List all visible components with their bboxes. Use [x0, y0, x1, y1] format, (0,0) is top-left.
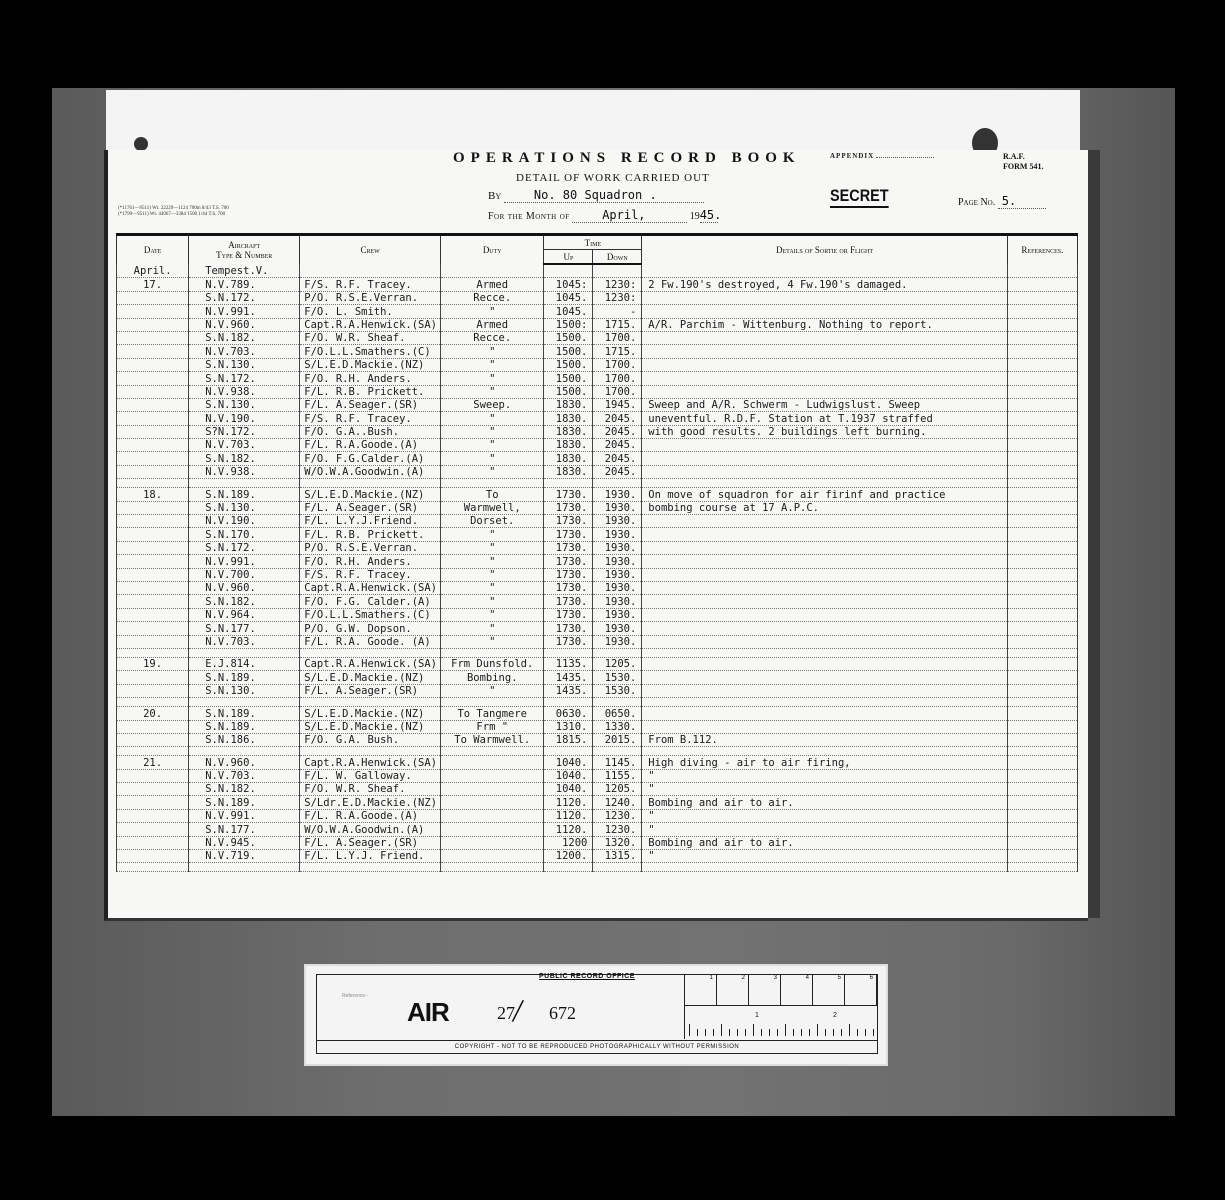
duty-cell: "	[441, 528, 544, 541]
details-cell: uneventful. R.D.F. Station at T.1937 str…	[642, 412, 1007, 425]
crew-cell: S/Ldr.E.D.Mackie.(NZ)	[300, 796, 441, 809]
table-row: S.N.182.F/O. W.R. Sheaf.1040.1205."	[117, 783, 1078, 796]
time-down-cell: 1145.	[593, 756, 642, 769]
spacer-row	[117, 698, 1078, 707]
crew-cell: W/O.W.A.Goodwin.(A)	[300, 823, 441, 836]
duty-cell: Recce.	[441, 291, 544, 304]
time-up-cell: 1200.	[544, 850, 593, 863]
crew-cell: F/O. F.G. Calder.(A)	[300, 595, 441, 608]
time-down-cell: 2045.	[593, 439, 642, 452]
references-cell	[1007, 345, 1077, 358]
references-cell	[1007, 836, 1077, 849]
table-row: S.N.186.F/O. G.A. Bush.To Warmwell.1815.…	[117, 733, 1078, 746]
table-row: N.V.703.F/O.L.L.Smathers.(C)"1500.1715.	[117, 345, 1078, 358]
date-cell	[117, 747, 189, 756]
aircraft-cell: N.V.703.	[189, 345, 300, 358]
details-cell	[642, 372, 1007, 385]
time-up-cell: 1435.	[544, 671, 593, 684]
duty-cell	[441, 747, 544, 756]
table-row: S.N.182.F/O. F.G.Calder.(A)"1830.2045.	[117, 452, 1078, 465]
date-cell	[117, 809, 189, 822]
aircraft-cell: N.V.991.	[189, 305, 300, 318]
aircraft-cell	[189, 648, 300, 657]
time-down-cell: 1700.	[593, 385, 642, 398]
time-down-cell: 1155.	[593, 769, 642, 782]
time-down-cell: 1530.	[593, 684, 642, 697]
table-row: S.N.182.F/O. W.R. Sheaf.Recce.1500.1700.	[117, 331, 1078, 344]
date-cell	[117, 291, 189, 304]
details-cell: "	[642, 823, 1007, 836]
details-cell: bombing course at 17 A.P.C.	[642, 501, 1007, 514]
details-cell: "	[642, 809, 1007, 822]
duty-cell: "	[441, 581, 544, 594]
details-cell	[642, 264, 1007, 278]
time-down-cell: 1700.	[593, 372, 642, 385]
crew-cell	[300, 698, 441, 707]
crew-cell: F/O. R.H. Anders.	[300, 372, 441, 385]
crew-cell: F/O. W.R. Sheaf.	[300, 331, 441, 344]
time-down-cell: 1930.	[593, 555, 642, 568]
date-cell: 20.	[117, 707, 189, 720]
crew-cell: F/L. R.B. Prickett.	[300, 528, 441, 541]
crew-cell: F/L. R.A.Goode.(A)	[300, 809, 441, 822]
time-up-cell	[544, 863, 593, 872]
crew-cell	[300, 747, 441, 756]
references-cell	[1007, 264, 1077, 278]
date-cell	[117, 769, 189, 782]
time-down-cell: 1320.	[593, 836, 642, 849]
reference-label: Reference:-	[342, 993, 368, 999]
references-cell	[1007, 568, 1077, 581]
aircraft-cell: S?N.172.	[189, 425, 300, 438]
references-cell	[1007, 412, 1077, 425]
date-cell	[117, 439, 189, 452]
duty-cell: "	[441, 425, 544, 438]
date-cell	[117, 863, 189, 872]
time-down-cell: 2015.	[593, 733, 642, 746]
aircraft-cell: Tempest.V.	[189, 264, 300, 278]
time-down-cell: 1930.	[593, 635, 642, 648]
crew-cell: F/L. L.Y.J. Friend.	[300, 850, 441, 863]
crew-cell: F/O. G.A..Bush.	[300, 425, 441, 438]
references-cell	[1007, 648, 1077, 657]
duty-cell: "	[441, 595, 544, 608]
details-cell: Sweep and A/R. Schwerm - Ludwigslust. Sw…	[642, 398, 1007, 411]
duty-cell: "	[441, 622, 544, 635]
table-row: 20.S.N.189.S/L.E.D.Mackie.(NZ)To Tangmer…	[117, 707, 1078, 720]
duty-cell: Frm Dunsfold.	[441, 657, 544, 670]
table-row: S.N.182.F/O. F.G. Calder.(A)"1730.1930.	[117, 595, 1078, 608]
time-up-cell: 1830.	[544, 439, 593, 452]
time-up-cell: 1830.	[544, 425, 593, 438]
time-down-cell: 1530.	[593, 671, 642, 684]
time-up-cell: 0630.	[544, 707, 593, 720]
date-cell	[117, 331, 189, 344]
col-references: References.	[1007, 235, 1077, 265]
duty-cell	[441, 836, 544, 849]
time-up-cell: 1730.	[544, 555, 593, 568]
duty-cell	[441, 479, 544, 488]
aircraft-cell: N.V.703.	[189, 439, 300, 452]
table-row: N.V.938.F/L. R.B. Prickett."1500.1700.	[117, 385, 1078, 398]
references-cell	[1007, 796, 1077, 809]
duty-cell: To Tangmere	[441, 707, 544, 720]
time-down-cell: 2045.	[593, 452, 642, 465]
time-down-cell: 2045.	[593, 412, 642, 425]
duty-cell	[441, 850, 544, 863]
col-time: Time	[544, 235, 642, 250]
duty-cell	[441, 809, 544, 822]
duty-cell	[441, 769, 544, 782]
crew-cell: S/L.E.D.Mackie.(NZ)	[300, 720, 441, 733]
duty-cell: "	[441, 635, 544, 648]
time-down-cell: 1240.	[593, 796, 642, 809]
table-row: S.N.172.P/O. R.S.E.Verran."1730.1930.	[117, 541, 1078, 554]
details-cell	[642, 452, 1007, 465]
time-down-cell: 1930.	[593, 595, 642, 608]
table-row: N.V.991.F/O. R.H. Anders."1730.1930.	[117, 555, 1078, 568]
time-down-cell	[593, 747, 642, 756]
print-code: (*11761—9511) Wt. 22229—1124 700m 8/43 T…	[118, 206, 229, 218]
references-cell	[1007, 769, 1077, 782]
references-cell	[1007, 385, 1077, 398]
time-down-cell: 1315.	[593, 850, 642, 863]
details-cell	[642, 568, 1007, 581]
references-cell	[1007, 305, 1077, 318]
details-cell: "	[642, 850, 1007, 863]
time-up-cell: 1435.	[544, 684, 593, 697]
aircraft-cell: N.V.938.	[189, 465, 300, 478]
time-up-cell: 1730.	[544, 622, 593, 635]
references-cell	[1007, 657, 1077, 670]
col-details: Details of Sortie or Flight	[642, 235, 1007, 265]
date-cell	[117, 528, 189, 541]
col-date: Date	[117, 235, 189, 265]
time-up-cell: 1120.	[544, 823, 593, 836]
details-cell: On move of squadron for air firinf and p…	[642, 488, 1007, 501]
aircraft-cell: N.V.700.	[189, 568, 300, 581]
binder-hole	[134, 137, 148, 151]
crew-cell: F/O. G.A. Bush.	[300, 733, 441, 746]
table-row: S.N.130.F/L. A.Seager.(SR)"1435.1530.	[117, 684, 1078, 697]
crew-cell: S/L.E.D.Mackie.(NZ)	[300, 488, 441, 501]
ruler-cm-mark: 1	[685, 975, 717, 1005]
crew-cell: F/S. R.F. Tracey.	[300, 568, 441, 581]
table-row: N.V.700.F/S. R.F. Tracey."1730.1930.	[117, 568, 1078, 581]
details-cell: 2 Fw.190's destroyed, 4 Fw.190's damaged…	[642, 278, 1007, 291]
duty-cell	[441, 756, 544, 769]
table-body: April.Tempest.V.17.N.V.789.F/S. R.F. Tra…	[117, 264, 1078, 872]
time-down-cell: 1205.	[593, 783, 642, 796]
crew-cell: S/L.E.D.Mackie.(NZ)	[300, 707, 441, 720]
crew-cell: F/S. R.F. Tracey.	[300, 412, 441, 425]
crew-cell: S/L.E.D.Mackie.(NZ)	[300, 671, 441, 684]
time-up-cell: 1830.	[544, 398, 593, 411]
table-row: S.N.189.S/L.E.D.Mackie.(NZ)Bombing.1435.…	[117, 671, 1078, 684]
col-crew: Crew	[300, 235, 441, 265]
aircraft-cell: S.N.177.	[189, 823, 300, 836]
table-row: April.Tempest.V.	[117, 264, 1078, 278]
references-cell	[1007, 635, 1077, 648]
table-row: N.V.703.F/L. R.A.Goode.(A)"1830.2045.	[117, 439, 1078, 452]
date-cell	[117, 836, 189, 849]
time-up-cell: 1830.	[544, 465, 593, 478]
details-cell	[642, 595, 1007, 608]
references-cell	[1007, 278, 1077, 291]
references-cell	[1007, 555, 1077, 568]
references-cell	[1007, 809, 1077, 822]
time-down-cell: 1700.	[593, 331, 642, 344]
form-subtitle: DETAIL OF WORK CARRIED OUT	[516, 172, 710, 184]
references-cell	[1007, 501, 1077, 514]
aircraft-cell: N.V.991.	[189, 555, 300, 568]
time-up-cell: 1040.	[544, 769, 593, 782]
table-row: N.V.991.F/O. L. Smith."1045.-	[117, 305, 1078, 318]
table-row: S.N.130.F/L. A.Seager.(SR)Sweep.1830.194…	[117, 398, 1078, 411]
date-cell: April.	[117, 264, 189, 278]
details-cell	[642, 479, 1007, 488]
table-row: N.V.991.F/L. R.A.Goode.(A)1120.1230."	[117, 809, 1078, 822]
date-cell	[117, 850, 189, 863]
duty-cell: "	[441, 372, 544, 385]
references-cell	[1007, 318, 1077, 331]
crew-cell: F/L. A.Seager.(SR)	[300, 836, 441, 849]
references-cell	[1007, 331, 1077, 344]
aircraft-cell	[189, 863, 300, 872]
time-down-cell: -	[593, 305, 642, 318]
spacer-row	[117, 863, 1078, 872]
duty-cell	[441, 264, 544, 278]
duty-cell: "	[441, 568, 544, 581]
details-cell	[642, 671, 1007, 684]
table-row: S.N.177.P/O. G.W. Dopson."1730.1930.	[117, 622, 1078, 635]
crew-cell: W/O.W.A.Goodwin.(A)	[300, 465, 441, 478]
details-cell	[642, 528, 1007, 541]
duty-cell: "	[441, 555, 544, 568]
spacer-row	[117, 648, 1078, 657]
table-row: 21.N.V.960.Capt.R.A.Henwick.(SA)1040.114…	[117, 756, 1078, 769]
time-up-cell: 1815.	[544, 733, 593, 746]
references-cell	[1007, 756, 1077, 769]
details-cell	[642, 515, 1007, 528]
date-cell	[117, 671, 189, 684]
time-down-cell	[593, 863, 642, 872]
aircraft-cell: S.N.177.	[189, 622, 300, 635]
crew-cell: P/O. R.S.E.Verran.	[300, 541, 441, 554]
time-down-cell	[593, 648, 642, 657]
references-cell	[1007, 684, 1077, 697]
date-cell	[117, 452, 189, 465]
crew-cell: F/L. R.A.Goode.(A)	[300, 439, 441, 452]
duty-cell: To	[441, 488, 544, 501]
table-row: S.N.130.F/L. A.Seager.(SR)Warmwell,1730.…	[117, 501, 1078, 514]
crew-cell	[300, 648, 441, 657]
table-row: N.V.960.Capt.R.A.Henwick.(SA)Armed1500:1…	[117, 318, 1078, 331]
date-cell	[117, 465, 189, 478]
time-down-cell: 1930.	[593, 581, 642, 594]
duty-cell: Bombing.	[441, 671, 544, 684]
time-down-cell: 2045.	[593, 465, 642, 478]
time-up-cell: 1500:	[544, 318, 593, 331]
aircraft-cell: S.N.186.	[189, 733, 300, 746]
time-down-cell: 1715.	[593, 318, 642, 331]
time-down-cell: 1945.	[593, 398, 642, 411]
time-down-cell: 1205.	[593, 657, 642, 670]
details-cell	[642, 439, 1007, 452]
aircraft-cell: S.N.182.	[189, 595, 300, 608]
spacer-row	[117, 479, 1078, 488]
crew-cell: F/O.L.L.Smathers.(C)	[300, 345, 441, 358]
time-up-cell	[544, 747, 593, 756]
details-cell	[642, 698, 1007, 707]
references-cell	[1007, 595, 1077, 608]
details-cell	[642, 541, 1007, 554]
references-cell	[1007, 707, 1077, 720]
sortie-table: Date AircraftType & Number Crew Duty Tim…	[116, 233, 1078, 872]
crew-cell: P/O. G.W. Dopson.	[300, 622, 441, 635]
date-cell	[117, 796, 189, 809]
time-down-cell: 1930.	[593, 622, 642, 635]
references-cell	[1007, 698, 1077, 707]
time-up-cell: 1135.	[544, 657, 593, 670]
duty-cell: "	[441, 345, 544, 358]
duty-cell: Armed	[441, 278, 544, 291]
references-cell	[1007, 398, 1077, 411]
table-row: S.N.189.S/L.E.D.Mackie.(NZ)Frm "1310.133…	[117, 720, 1078, 733]
crew-cell: F/L. A.Seager.(SR)	[300, 501, 441, 514]
table-row: S.N.177.W/O.W.A.Goodwin.(A)1120.1230."	[117, 823, 1078, 836]
duty-cell: Sweep.	[441, 398, 544, 411]
details-cell	[642, 385, 1007, 398]
details-cell	[642, 720, 1007, 733]
details-cell: Bombing and air to air.	[642, 836, 1007, 849]
date-cell: 19.	[117, 657, 189, 670]
details-cell	[642, 863, 1007, 872]
appendix-field: APPENDIX	[830, 152, 934, 160]
crew-cell: F/L. L.Y.J.Friend.	[300, 515, 441, 528]
date-cell	[117, 345, 189, 358]
duty-cell	[441, 863, 544, 872]
duty-cell: "	[441, 541, 544, 554]
piece-number: 672	[549, 1003, 576, 1024]
aircraft-cell: S.N.182.	[189, 331, 300, 344]
duty-cell: Frm "	[441, 720, 544, 733]
aircraft-cell: N.V.703.	[189, 769, 300, 782]
details-cell: A/R. Parchim - Wittenburg. Nothing to re…	[642, 318, 1007, 331]
aircraft-cell: S.N.172.	[189, 291, 300, 304]
time-up-cell: 1730.	[544, 501, 593, 514]
date-cell	[117, 608, 189, 621]
details-cell	[642, 608, 1007, 621]
time-down-cell: 1230.	[593, 823, 642, 836]
duty-cell: "	[441, 385, 544, 398]
duty-cell: "	[441, 452, 544, 465]
references-cell	[1007, 823, 1077, 836]
details-cell	[642, 648, 1007, 657]
duty-cell: Warmwell,	[441, 501, 544, 514]
table-row: S.N.189.S/Ldr.E.D.Mackie.(NZ)1120.1240.B…	[117, 796, 1078, 809]
details-cell	[642, 305, 1007, 318]
crew-cell: F/O. L. Smith.	[300, 305, 441, 318]
ruler-inch-mark: 2	[833, 1012, 837, 1019]
date-cell	[117, 398, 189, 411]
table-row: N.V.938.W/O.W.A.Goodwin.(A)"1830.2045.	[117, 465, 1078, 478]
table-row: N.V.703.F/L. R.A. Goode. (A)"1730.1930.	[117, 635, 1078, 648]
crew-cell: F/L. A.Seager.(SR)	[300, 684, 441, 697]
date-cell: 21.	[117, 756, 189, 769]
date-cell	[117, 581, 189, 594]
time-up-cell: 1045:	[544, 278, 593, 291]
crew-cell: S/L.E.D.Mackie.(NZ)	[300, 358, 441, 371]
date-cell	[117, 425, 189, 438]
crew-cell: Capt.R.A.Henwick.(SA)	[300, 657, 441, 670]
time-up-cell: 1040.	[544, 783, 593, 796]
ruler-inch-mark: 1	[755, 1012, 759, 1019]
time-down-cell: 1930.	[593, 568, 642, 581]
aircraft-cell: S.N.189.	[189, 796, 300, 809]
references-cell	[1007, 733, 1077, 746]
crew-cell: F/O. R.H. Anders.	[300, 555, 441, 568]
time-up-cell: 1730.	[544, 488, 593, 501]
table-row: N.V.719.F/L. L.Y.J. Friend.1200.1315."	[117, 850, 1078, 863]
aircraft-cell: S.N.182.	[189, 783, 300, 796]
duty-cell	[441, 796, 544, 809]
details-cell	[642, 331, 1007, 344]
date-cell	[117, 698, 189, 707]
details-cell	[642, 555, 1007, 568]
crew-cell: P/O. R.S.E.Verran.	[300, 291, 441, 304]
aircraft-cell: N.V.789.	[189, 278, 300, 291]
table-row: 17.N.V.789.F/S. R.F. Tracey.Armed1045:12…	[117, 278, 1078, 291]
col-time-down: Down	[593, 250, 642, 265]
date-cell	[117, 568, 189, 581]
crew-cell: F/O.L.L.Smathers.(C)	[300, 608, 441, 621]
ruler-cm-mark: 3	[749, 975, 781, 1005]
details-cell	[642, 358, 1007, 371]
date-cell	[117, 385, 189, 398]
col-aircraft: AircraftType & Number	[189, 235, 300, 265]
table-row: N.V.964.F/O.L.L.Smathers.(C)"1730.1930.	[117, 608, 1078, 621]
time-up-cell: 1830.	[544, 412, 593, 425]
duty-cell: "	[441, 305, 544, 318]
aircraft-cell: N.V.190.	[189, 412, 300, 425]
time-down-cell: 1230.	[593, 809, 642, 822]
date-cell	[117, 684, 189, 697]
time-up-cell: 1500.	[544, 385, 593, 398]
ruler-cm-mark: 2	[717, 975, 749, 1005]
references-cell	[1007, 863, 1077, 872]
aircraft-cell: S.N.182.	[189, 452, 300, 465]
details-cell	[642, 707, 1007, 720]
references-cell	[1007, 515, 1077, 528]
date-cell	[117, 733, 189, 746]
date-cell	[117, 305, 189, 318]
aircraft-cell: S.N.172.	[189, 541, 300, 554]
office-name: PUBLIC RECORD OFFICE	[539, 973, 635, 980]
duty-cell: "	[441, 608, 544, 621]
date-cell	[117, 412, 189, 425]
details-cell	[642, 345, 1007, 358]
duty-cell	[441, 648, 544, 657]
aircraft-cell: S.N.189.	[189, 720, 300, 733]
duty-cell: Recce.	[441, 331, 544, 344]
time-up-cell	[544, 479, 593, 488]
crew-cell: Capt.R.A.Henwick.(SA)	[300, 756, 441, 769]
crew-cell: F/L. A.Seager.(SR)	[300, 398, 441, 411]
time-up-cell: 1730.	[544, 595, 593, 608]
duty-cell: "	[441, 684, 544, 697]
duty-cell: Armed	[441, 318, 544, 331]
